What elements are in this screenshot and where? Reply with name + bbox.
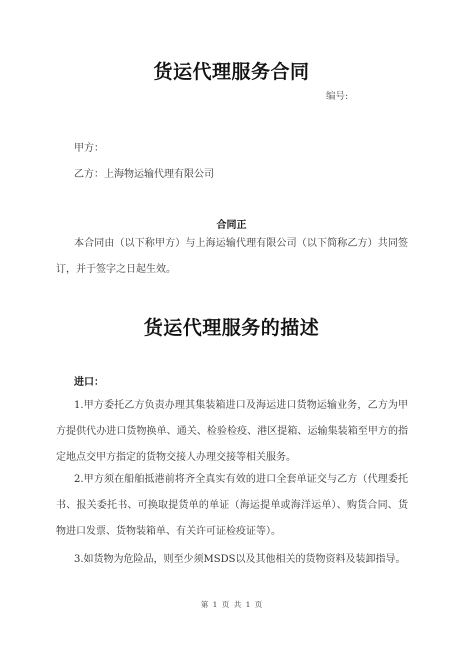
- party-a-label: 甲方：: [74, 139, 104, 154]
- clause-item: 3.如货物为危险品，则至少须MSDS以及其他相关的货物资料及装卸指导。: [56, 547, 408, 573]
- section-title: 货运代理服务的描述: [0, 313, 463, 340]
- document-page: 货运代理服务合同 编号: 甲方： 乙方：上海物运输代理有限公司 合同正 本合同由…: [0, 0, 463, 655]
- clause-item: 1.甲方委托乙方负责办理其集装箱进口及海运进口货物运输业务，乙方为甲方提供代办进…: [56, 393, 408, 471]
- document-title: 货运代理服务合同: [0, 57, 463, 84]
- import-label: 进口：: [74, 373, 104, 388]
- page-footer: 第 1 页 共 1 页: [0, 599, 463, 610]
- intro-paragraph: 本合同由（以下称甲方）与上海运输代理有限公司（以下简称乙方）共同签订，并于签字之…: [56, 231, 408, 283]
- party-b-label: 乙方：上海物运输代理有限公司: [74, 165, 214, 180]
- contract-subheading: 合同正: [0, 216, 463, 231]
- clause-item: 2.甲方须在船舶抵港前将齐全真实有效的进口全套单证交与乙方（代理委托书、报关委托…: [56, 467, 408, 545]
- serial-number-label: 编号:: [326, 88, 348, 102]
